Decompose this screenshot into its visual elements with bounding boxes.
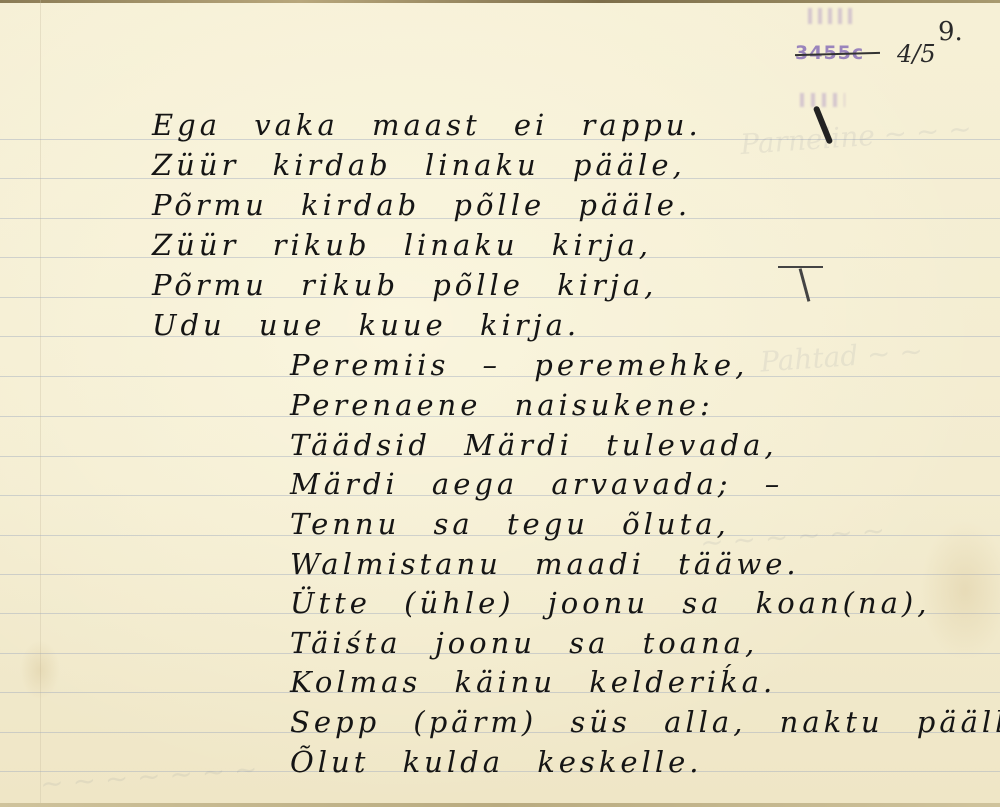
verse-line: Täädsid Märdi tulevada, <box>290 428 778 462</box>
verse-line: Põrmu kirdab põlle pääle. <box>152 188 691 222</box>
reverse-side-bleed-through: ~ ~ ~ ~ ~ ~ ~ <box>39 752 258 800</box>
verse-line: Kolmas käinu kelderiḱa. <box>290 665 776 699</box>
page-number: 9. <box>938 17 963 47</box>
verse-line: Züür rikub linaku kirja, <box>152 228 652 262</box>
verse-line: Ütte (ühle) joonu sa koan(na), <box>290 586 930 620</box>
verse-line: Märdi aega arvavada; – <box>290 467 783 501</box>
paper-bottom-edge <box>0 803 1000 807</box>
reverse-side-bleed-through: Parneline ~ ~ ~ <box>739 112 973 161</box>
paper-stain <box>920 520 1000 660</box>
verse-line: Täiśta joonu sa toana, <box>290 626 758 660</box>
verse-line: Tennu sa tegu õluta, <box>290 507 730 541</box>
paper-top-edge <box>0 0 1000 3</box>
verse-line: Peremiis – peremehke, <box>290 348 748 382</box>
verse-line: Züür kirdab linaku pääle, <box>152 148 686 182</box>
verse-line: Põrmu rikub põlle kirja, <box>152 268 657 302</box>
archive-stamp-faint <box>808 8 858 24</box>
archive-stamp-faint <box>800 93 845 107</box>
verse-line: Sepp (pärm) süs alla, naktu pääll, <box>290 705 1000 739</box>
verse-line: Õlut kulda keskelle. <box>290 745 702 779</box>
folio-mark: 4/5 <box>897 40 936 68</box>
reverse-side-bleed-through: Pahtad ~ ~ <box>759 334 924 378</box>
paper-stain <box>20 640 60 700</box>
verse-line: Perenaene naisukene: <box>290 388 714 422</box>
verse-line: Ega vaka maast ei rappu. <box>152 108 702 142</box>
verse-line: Udu uue kuue kirja. <box>152 308 580 342</box>
verse-line: Walmistanu maadi tääwe. <box>290 547 800 581</box>
manuscript-page: Parneline ~ ~ ~ Pahtad ~ ~ ~ ~ ~ ~ ~ ~ ~… <box>0 0 1000 807</box>
